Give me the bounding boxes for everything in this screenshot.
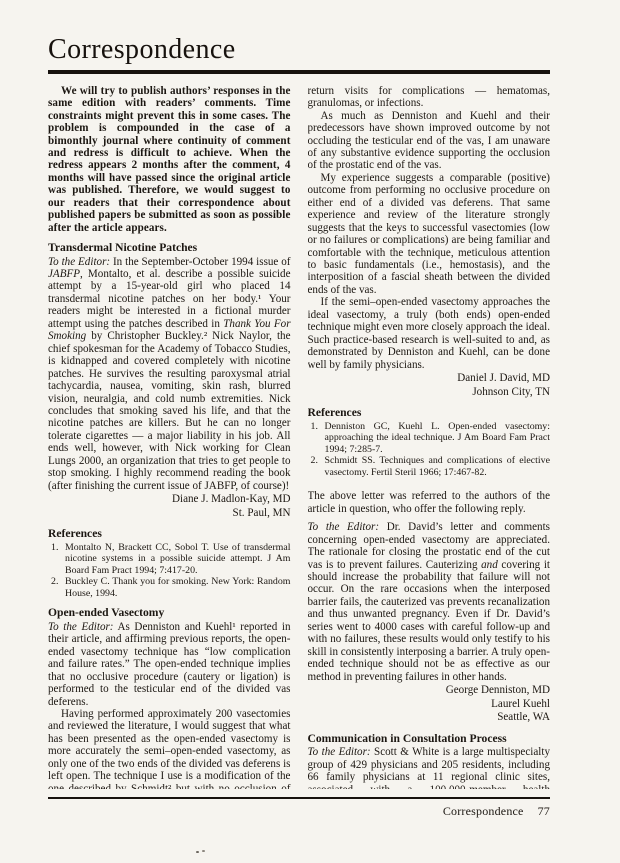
- two-column-layout: We will try to publish authors’ response…: [48, 85, 550, 789]
- consultation-letter-body: To the Editor: Scott & White is a large …: [308, 746, 551, 788]
- footer-text: Correspondence77: [48, 804, 550, 819]
- vasectomy-letter-p4: My experience suggests a comparable (pos…: [308, 172, 551, 297]
- reference-text: Schmidt SS. Techniques and complications…: [325, 455, 551, 478]
- journal-page: Correspondence We will try to publish au…: [0, 0, 620, 863]
- vasectomy-letter-p1: To the Editor: As Denniston and Kuehl¹ r…: [48, 621, 291, 708]
- section-heading-vasectomy: Open-ended Vasectomy: [48, 607, 291, 619]
- signature-block: Daniel J. David, MD Johnson City, TN: [308, 372, 551, 399]
- reference-item: 1. Montalto N, Brackett CC, Sobol T. Use…: [48, 542, 291, 577]
- reference-text: Denniston GC, Kuehl L. Open-ended vasect…: [325, 421, 551, 456]
- salutation: To the Editor:: [48, 256, 110, 268]
- vasectomy-letter-p5: If the semi–open-ended vasectomy approac…: [308, 296, 551, 371]
- salutation: To the Editor:: [308, 746, 371, 758]
- letter-text: In the September-October 1994 issue of: [110, 256, 290, 268]
- letter-text: As Denniston and Kuehl¹ reported in thei…: [48, 621, 291, 708]
- signature-block: George Denniston, MD Laurel Kuehl Seattl…: [308, 684, 551, 725]
- reference-item: 2. Buckley C. Thank you for smoking. New…: [48, 576, 291, 599]
- signature-name: George Denniston, MD: [308, 684, 551, 698]
- signature-location: Seattle, WA: [308, 711, 551, 725]
- page-content: Correspondence We will try to publish au…: [48, 34, 550, 789]
- signature-name: Daniel J. David, MD: [308, 372, 551, 386]
- page-title: Correspondence: [48, 34, 550, 66]
- reference-number: 1.: [48, 542, 65, 577]
- journal-name-italic: JABFP: [48, 268, 80, 280]
- signature-name-2: Laurel Kuehl: [308, 698, 551, 712]
- signature-name: Diane J. Madlon-Kay, MD: [48, 493, 291, 507]
- references-heading: References: [48, 528, 291, 540]
- right-column: return visits for complications — hemato…: [308, 85, 551, 789]
- reply-letter-body: To the Editor: Dr. David’s letter and co…: [308, 521, 551, 683]
- reference-item: 1. Denniston GC, Kuehl L. Open-ended vas…: [308, 421, 551, 456]
- footer-rule: [48, 797, 550, 799]
- scan-artifact: [196, 851, 199, 853]
- reference-number: 2.: [308, 455, 325, 478]
- vasectomy-letter-p2-continued: return visits for complications — hemato…: [308, 85, 551, 110]
- letter-text: covering it should increase the probabil…: [308, 559, 551, 683]
- spacer: [308, 480, 551, 490]
- signature-location: St. Paul, MN: [48, 507, 291, 521]
- left-column: We will try to publish authors’ response…: [48, 85, 291, 789]
- reference-text: Buckley C. Thank you for smoking. New Yo…: [65, 576, 291, 599]
- reference-item: 2. Schmidt SS. Techniques and complicati…: [308, 455, 551, 478]
- nicotine-letter-body: To the Editor: In the September-October …: [48, 256, 291, 493]
- reference-number: 2.: [48, 576, 65, 599]
- reference-number: 1.: [308, 421, 325, 456]
- page-number: 77: [538, 804, 550, 819]
- salutation: To the Editor:: [48, 621, 114, 633]
- vasectomy-letter-p2-left: Having performed approximately 200 vasec…: [48, 708, 291, 789]
- references-heading: References: [308, 407, 551, 419]
- emphasis-and-italic: and: [481, 559, 498, 571]
- references-list: 1. Montalto N, Brackett CC, Sobol T. Use…: [48, 542, 291, 600]
- section-heading-consultation: Communication in Consultation Process: [308, 733, 551, 745]
- references-list: 1. Denniston GC, Kuehl L. Open-ended vas…: [308, 421, 551, 479]
- salutation: To the Editor:: [308, 521, 380, 533]
- vasectomy-letter-p3: As much as Denniston and Kuehl and their…: [308, 110, 551, 172]
- editorial-note: We will try to publish authors’ response…: [48, 85, 291, 234]
- signature-location: Johnson City, TN: [308, 386, 551, 400]
- editor-referral-note: The above letter was referred to the aut…: [308, 490, 551, 515]
- title-rule: [48, 70, 550, 74]
- signature-block: Diane J. Madlon-Kay, MD St. Paul, MN: [48, 493, 291, 520]
- footer-section-label: Correspondence: [443, 804, 524, 818]
- letter-text: by Christopher Buckley.² Nick Naylor, th…: [48, 330, 291, 491]
- reference-text: Montalto N, Brackett CC, Sobol T. Use of…: [65, 542, 291, 577]
- page-footer: Correspondence77: [48, 797, 550, 819]
- section-heading-nicotine: Transdermal Nicotine Patches: [48, 242, 291, 254]
